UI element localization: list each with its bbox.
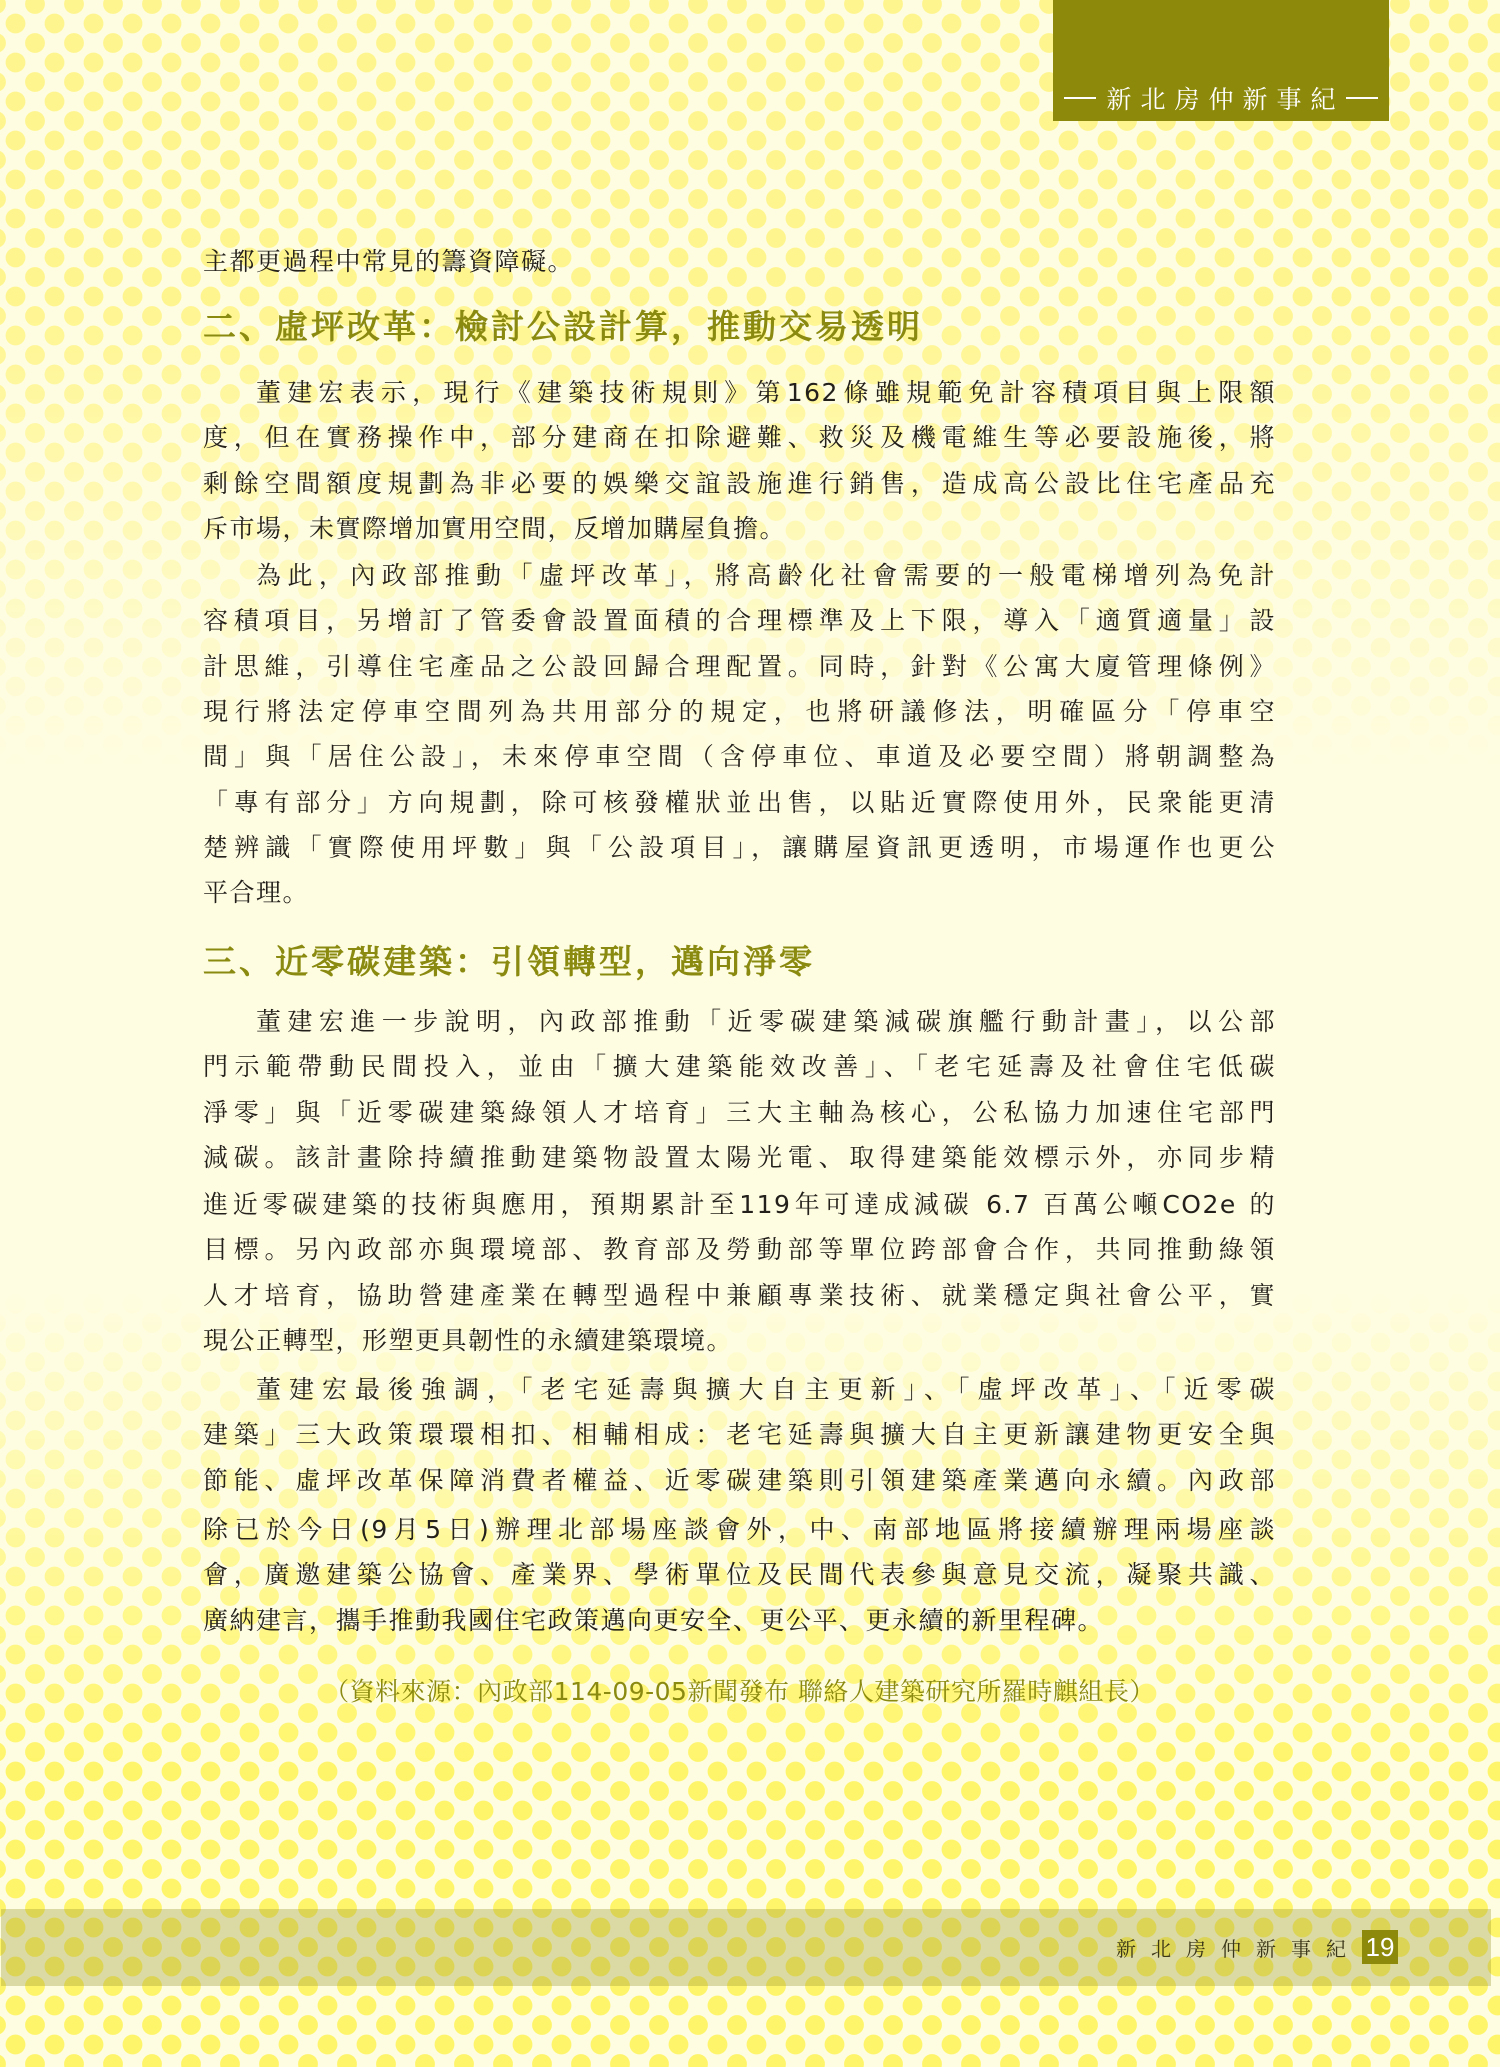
- section-heading-3: 三、近零碳建築：引領轉型，邁向淨零: [203, 940, 815, 984]
- paragraph-line: 進近零碳建築的技術與應用，預期累計至119年可達成減碳 6.7 百萬公噸CO2e…: [203, 1187, 1276, 1223]
- paragraph-line: 門示範帶動民間投入，並由「擴大建築能效改善」、「老宅延壽及社會住宅低碳: [203, 1049, 1276, 1085]
- section-heading-2: 二、虛坪改革：檢討公設計算，推動交易透明: [203, 305, 923, 349]
- paragraph-line: 減碳。該計畫除持續推動建築物設置太陽光電、取得建築能效標示外，亦同步精: [203, 1140, 1276, 1176]
- paragraph-line: 董建宏進一步說明，內政部推動「近零碳建築減碳旗艦行動計畫」，以公部: [203, 1004, 1276, 1040]
- magazine-header-title: 新北房仲新事紀: [1053, 80, 1389, 116]
- paragraph-line: 會，廣邀建築公協會、產業界、學術單位及民間代表參與意見交流，凝聚共識、: [203, 1557, 1276, 1593]
- paragraph-line: 平合理。: [203, 875, 1276, 911]
- paragraph-line: 現行將法定停車空間列為共用部分的規定，也將研議修法，明確區分「停車空: [203, 694, 1276, 730]
- paragraph-line: 節能、虛坪改革保障消費者權益、近零碳建築則引領建築產業邁向永續。內政部: [203, 1463, 1276, 1499]
- paragraph-line: 廣納建言，攜手推動我國住宅政策邁向更安全、更公平、更永續的新里程碑。: [203, 1603, 1276, 1639]
- paragraph-line: 為此，內政部推動「虛坪改革」，將高齡化社會需要的一般電梯增列為免計: [203, 558, 1276, 594]
- paragraph-line: 容積項目，另增訂了管委會設置面積的合理標準及上下限，導入「適質適量」設: [203, 603, 1276, 639]
- paragraph-line: 計思維，引導住宅產品之公設回歸合理配置。同時，針對《公寓大廈管理條例》: [203, 649, 1276, 685]
- paragraph-line: 剩餘空間額度規劃為非必要的娛樂交誼設施進行銷售，造成高公設比住宅產品充: [203, 466, 1276, 502]
- page-number-badge: 19: [1362, 1930, 1398, 1964]
- header-title-text: 新北房仲新事紀: [1102, 80, 1348, 116]
- paragraph-line: 淨零」與「近零碳建築綠領人才培育」三大主軸為核心，公私協力加速住宅部門: [203, 1095, 1276, 1131]
- paragraph-line: 人才培育，協助營建產業在轉型過程中兼顧專業技術、就業穩定與社會公平，實: [203, 1278, 1276, 1314]
- paragraph-line: 楚辨識「實際使用坪數」與「公設項目」，讓購屋資訊更透明，市場運作也更公: [203, 830, 1276, 866]
- magazine-header-tab: 新北房仲新事紀: [1053, 0, 1389, 121]
- paragraph-line: 建築」三大政策環環相扣、相輔相成：老宅延壽與擴大自主更新讓建物更安全與: [203, 1417, 1276, 1453]
- header-dash-right: [1346, 97, 1378, 99]
- paragraph-line: 度，但在實務操作中，部分建商在扣除避難、救災及機電維生等必要設施後，將: [203, 420, 1276, 456]
- footer-magazine-title: 新北房仲新事紀: [1116, 1933, 1361, 1965]
- source-citation: （資料來源：內政部114-09-05新聞發布 聯絡人建築研究所羅時麒組長）: [203, 1674, 1276, 1710]
- intro-line: 主都更過程中常見的籌資障礙。: [203, 244, 1276, 280]
- paragraph-line: 間」與「居住公設」，未來停車空間（含停車位、車道及必要空間）將朝調整為: [203, 739, 1276, 775]
- paragraph-line: 董建宏最後強調，「老宅延壽與擴大自主更新」、「虛坪改革」、「近零碳: [203, 1372, 1276, 1408]
- paragraph-line: 現公正轉型，形塑更具韌性的永續建築環境。: [203, 1323, 1276, 1359]
- paragraph-line: 斥市場，未實際增加實用空間，反增加購屋負擔。: [203, 511, 1276, 547]
- paragraph-line: 董建宏表示，現行《建築技術規則》第162條雖規範免計容積項目與上限額: [203, 375, 1276, 411]
- paragraph-line: 除已於今日(9月5日)辦理北部場座談會外，中、南部地區將接續辦理兩場座談: [203, 1512, 1276, 1548]
- header-dash-left: [1064, 97, 1096, 99]
- paragraph-line: 目標。另內政部亦與環境部、教育部及勞動部等單位跨部會合作，共同推動綠領: [203, 1232, 1276, 1268]
- paragraph-line: 「專有部分」方向規劃，除可核發權狀並出售，以貼近實際使用外，民衆能更清: [203, 785, 1276, 821]
